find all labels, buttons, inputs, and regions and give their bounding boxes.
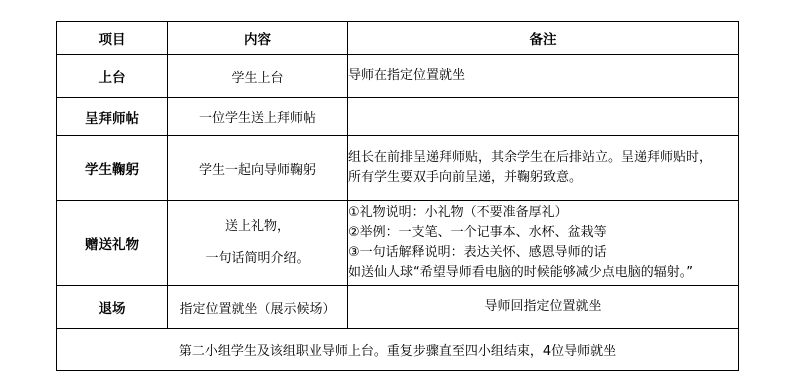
- content-cell: 送上礼物， 一句话简明介绍。: [168, 201, 348, 286]
- table-row-present-card: 呈拜师帖 一位学生送上拜师帖: [57, 98, 739, 136]
- item-cell: 退场: [57, 286, 168, 329]
- content-cell: 一位学生送上拜师帖: [168, 98, 348, 136]
- content-cell: 指定位置就坐（展示候场）: [168, 286, 348, 329]
- note-line: 导师在指定位置就坐: [348, 66, 738, 86]
- note-cell: 导师在指定位置就坐: [348, 55, 739, 98]
- item-cell: 赠送礼物: [57, 201, 168, 286]
- table-row-exit: 退场 指定位置就坐（展示候场） 导师回指定位置就坐: [57, 286, 739, 329]
- note-line: 组长在前排呈递拜师贴，其余学生在后排站立。呈递拜师贴时，: [348, 148, 738, 168]
- content-line: 送上礼物，: [168, 211, 347, 243]
- header-content: 内容: [168, 22, 348, 55]
- item-cell: 上台: [57, 55, 168, 98]
- note-cell-empty: [348, 98, 739, 136]
- table-row-bow: 学生鞠躬 学生一起向导师鞠躬 组长在前排呈递拜师贴，其余学生在后排站立。呈递拜师…: [57, 136, 739, 201]
- table-row-go-on-stage: 上台 学生上台 导师在指定位置就坐: [57, 55, 739, 98]
- note-cell: 导师回指定位置就坐: [348, 286, 739, 329]
- content-line: 一句话简明介绍。: [168, 243, 347, 275]
- note-line: ②举例：一支笔、一个记事本、水杯、盆栽等: [348, 223, 738, 243]
- note-cell: ①礼物说明：小礼物（不要准备厚礼） ②举例：一支笔、一个记事本、水杯、盆栽等 ③…: [348, 201, 739, 286]
- note-line: 所有学生要双手向前呈递，并鞠躬致意。: [348, 168, 738, 188]
- content-cell: 学生上台: [168, 55, 348, 98]
- note-cell: 组长在前排呈递拜师贴，其余学生在后排站立。呈递拜师贴时， 所有学生要双手向前呈递…: [348, 136, 739, 201]
- note-line: 如送仙人球“希望导师看电脑的时候能够减少点电脑的辐射。”: [348, 263, 738, 283]
- header-item: 项目: [57, 22, 168, 55]
- item-cell: 呈拜师帖: [57, 98, 168, 136]
- note-line: 导师回指定位置就坐: [348, 297, 738, 317]
- header-row: 项目 内容 备注: [57, 22, 739, 55]
- note-line: ①礼物说明：小礼物（不要准备厚礼）: [348, 203, 738, 223]
- content-cell: 学生一起向导师鞠躬: [168, 136, 348, 201]
- footer-row: 第二小组学生及该组职业导师上台。重复步骤直至四小组结束，4位导师就坐: [57, 329, 739, 371]
- ceremony-procedure-table: 项目 内容 备注 上台 学生上台 导师在指定位置就坐 呈拜师帖 一位学生送上拜师…: [56, 21, 739, 371]
- item-cell: 学生鞠躬: [57, 136, 168, 201]
- table-row-gift: 赠送礼物 送上礼物， 一句话简明介绍。 ①礼物说明：小礼物（不要准备厚礼） ②举…: [57, 201, 739, 286]
- header-note: 备注: [348, 22, 739, 55]
- footer-note: 第二小组学生及该组职业导师上台。重复步骤直至四小组结束，4位导师就坐: [57, 329, 739, 371]
- note-line: ③一句话解释说明：表达关怀、感恩导师的话: [348, 243, 738, 263]
